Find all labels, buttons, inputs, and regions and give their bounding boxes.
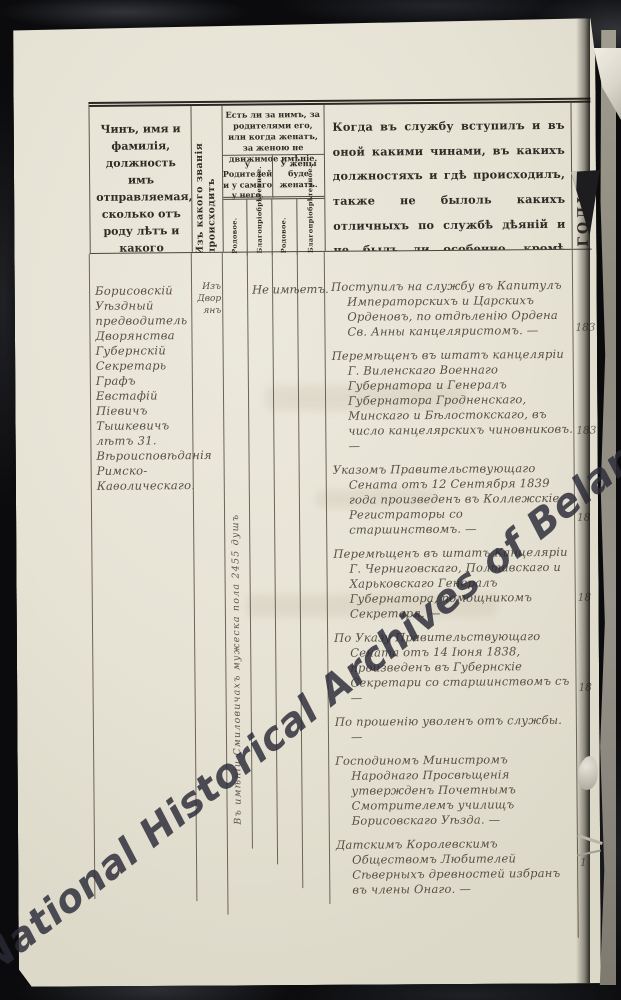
label-acquired: Благопріобрѣтенное. bbox=[307, 199, 315, 253]
label-hereditary: Родовое. bbox=[231, 200, 239, 254]
document-sheet: Чинъ, имя и фамилія, должность имъ отпра… bbox=[13, 18, 601, 987]
header-property-wife: У жены буде женатъ. bbox=[273, 155, 324, 199]
header-property-question: Есть ли за нимъ, за родителями его, или … bbox=[222, 105, 323, 156]
service-entry: Поступилъ на службу въ Капитулъ Императо… bbox=[331, 278, 574, 340]
label-acquired: Благопріобрѣтенное. bbox=[256, 199, 264, 253]
header-estate-origin: Изъ какого званія происходитъ bbox=[191, 106, 223, 252]
header-property-kind-labels: Родовое. Благопріобрѣтенное. Родовое. Бл… bbox=[223, 199, 324, 256]
label-hereditary: Родовое. bbox=[281, 199, 289, 253]
rank-name-handwriting: Борисовскій Уѣздный предводитель Дворянс… bbox=[90, 253, 194, 494]
service-entry: Господиномъ Министромъ Народнаго Просвѣщ… bbox=[335, 752, 578, 829]
service-entry: Перемѣщенъ въ штатъ канцеляріи Г. Виленс… bbox=[332, 347, 575, 454]
service-entry: По прошенію уволенъ отъ службы. — bbox=[335, 713, 577, 745]
header-property-parents: у Родителей и у самаго у него. bbox=[223, 155, 274, 199]
table-header-row: Чинъ, имя и фамилія, должность имъ отпра… bbox=[88, 98, 591, 254]
archival-scan: Чинъ, имя и фамилія, должность имъ отпра… bbox=[0, 0, 621, 1000]
header-rank-name: Чинъ, имя и фамилія, должность имъ отпра… bbox=[89, 106, 192, 253]
header-property-group: Есть ли за нимъ, за родителями его, или … bbox=[222, 105, 325, 252]
service-entry: Датскимъ Королевскимъ Обществомъ Любител… bbox=[336, 836, 579, 898]
header-service-question: Когда въ службу вступилъ и въ оной каким… bbox=[324, 103, 573, 251]
property-none-handwriting: Не имѣетъ. bbox=[252, 282, 329, 297]
estate-origin-handwriting: Изъ Дворянъ bbox=[192, 253, 224, 317]
